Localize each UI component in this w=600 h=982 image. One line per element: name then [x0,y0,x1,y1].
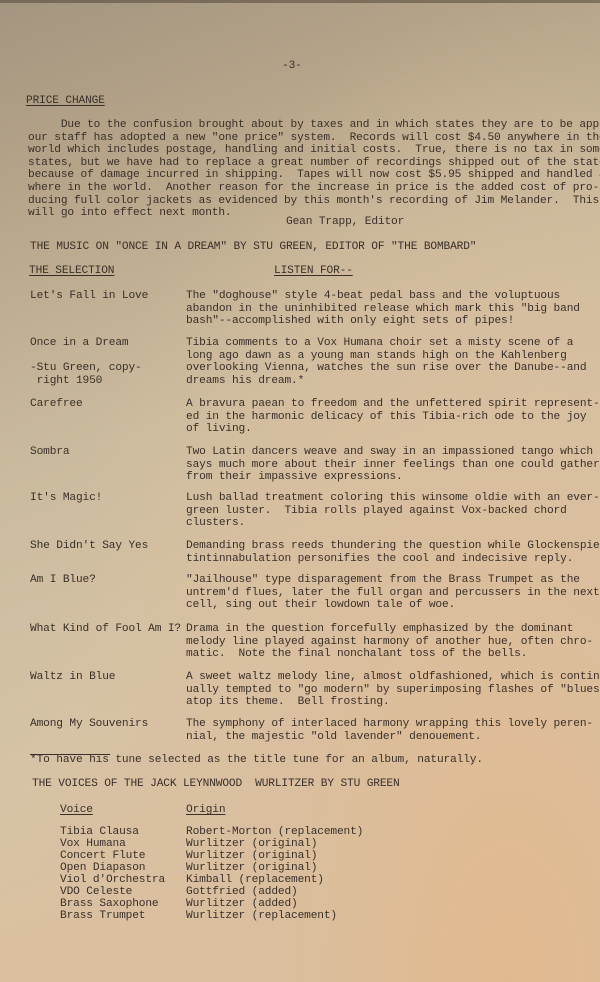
voice-origin: Wurlitzer (replacement) [186,910,363,922]
page-number: -3- [282,60,302,73]
selection-title: Am I Blue? [30,574,96,587]
voice-name: Brass Trumpet [60,910,165,922]
voice-origin: Wurlitzer (added) [186,898,363,910]
voices-section-heading: THE VOICES OF THE JACK LEYNNWOOD WURLITZ… [32,778,400,791]
description-line: A sweet waltz melody line, almost oldfas… [186,671,600,684]
description-line: abandon in the uninhibited release which… [186,303,580,316]
description-line: untrem'd flues, later the full organ and… [186,587,600,600]
selection-title: Sombra [30,446,69,459]
description-line: A bravura paean to freedom and the unfet… [186,398,600,411]
selection-title: Among My Souvenirs [30,718,148,731]
title-line: What Kind of Fool Am I? [30,623,181,636]
paragraph-line: Due to the confusion brought about by ta… [28,119,600,132]
description-line: clusters. [186,517,600,530]
description-line: bash"--accomplished with only eight sets… [186,315,580,328]
selection-description: The symphony of interlaced harmony wrapp… [186,718,593,743]
description-line: from their impassive expressions. [186,471,600,484]
voice-column: Tibia ClausaVox HumanaConcert FluteOpen … [60,826,165,922]
description-line: The "doghouse" style 4-beat pedal bass a… [186,290,580,303]
column-header-listen-for: LISTEN FOR-- [274,265,353,278]
description-line: Lush ballad treatment coloring this wins… [186,492,600,505]
description-line: Two Latin dancers weave and sway in an i… [186,446,600,459]
description-line: dreams his dream.* [186,375,586,388]
price-change-paragraph: Due to the confusion brought about by ta… [28,119,600,220]
title-line: -Stu Green, copy- [30,362,142,375]
selection-title: It's Magic! [30,492,102,505]
voice-name: Brass Saxophone [60,898,165,910]
voice-origin: Robert-Morton (replacement) [186,826,363,838]
description-line: Demanding brass reeds thundering the que… [186,540,600,553]
title-line: She Didn't Say Yes [30,540,148,553]
paragraph-line: world which includes postage, handling a… [28,144,600,157]
selection-description: "Jailhouse" type disparagement from the … [186,574,600,612]
selection-description: Drama in the question forcefully emphasi… [186,623,593,661]
paragraph-line: our staff has adopted a new "one price" … [28,132,600,145]
voice-origin: Wurlitzer (original) [186,850,363,862]
description-line: cell, sing out their lowdown tale of woe… [186,599,600,612]
voice-name: Vox Humana [60,838,165,850]
selection-description: Lush ballad treatment coloring this wins… [186,492,600,530]
music-section-heading: THE MUSIC ON "ONCE IN A DREAM" BY STU GR… [30,241,476,254]
description-line: ed in the harmonic delicacy of this Tibi… [186,411,600,424]
title-line: right 1950 [30,375,142,388]
selection-title: Carefree [30,398,83,411]
description-line: green luster. Tibia rolls played against… [186,505,600,518]
title-line: Am I Blue? [30,574,96,587]
description-line: tintinnabulation personifies the cool an… [186,553,600,566]
footnote: *To have his tune selected as the title … [30,754,483,767]
paragraph-line: states, but we have had to replace a gre… [28,157,600,170]
voice-name: Concert Flute [60,850,165,862]
selection-description: A sweet waltz melody line, almost oldfas… [186,671,600,709]
description-line: of living. [186,423,600,436]
description-line: atop its theme. Bell frosting. [186,696,600,709]
voice-name: Open Diapason [60,862,165,874]
column-header-voice: Voice [60,804,93,817]
description-line: "Jailhouse" type disparagement from the … [186,574,600,587]
page-top-edge [0,0,600,3]
selection-description: A bravura paean to freedom and the unfet… [186,398,600,436]
description-line: Drama in the question forcefully emphasi… [186,623,593,636]
voice-name: VDO Celeste [60,886,165,898]
title-line: It's Magic! [30,492,102,505]
selection-title: Once in a Dream-Stu Green, copy- right 1… [30,337,142,387]
selection-description: Two Latin dancers weave and sway in an i… [186,446,600,484]
description-line: melody line played against harmony of an… [186,636,593,649]
paragraph-line: where in the world. Another reason for t… [28,182,600,195]
title-line: Among My Souvenirs [30,718,148,731]
voice-name: Tibia Clausa [60,826,165,838]
price-change-heading: PRICE CHANGE [26,95,105,108]
selection-title: What Kind of Fool Am I? [30,623,181,636]
description-line: Tibia comments to a Vox Humana choir set… [186,337,586,350]
voice-origin: Gottfried (added) [186,886,363,898]
title-line [30,350,142,363]
title-line: Let's Fall in Love [30,290,148,303]
origin-column: Robert-Morton (replacement)Wurlitzer (or… [186,826,363,922]
title-line: Waltz in Blue [30,671,115,684]
voice-origin: Wurlitzer (original) [186,838,363,850]
selection-title: Waltz in Blue [30,671,115,684]
description-line: long ago dawn as a young man stands high… [186,350,586,363]
voice-origin: Wurlitzer (original) [186,862,363,874]
selection-description: The "doghouse" style 4-beat pedal bass a… [186,290,580,328]
paragraph-line: ducing full color jackets as evidenced b… [28,195,600,208]
voice-name: Viol d'Orchestra [60,874,165,886]
title-line: Carefree [30,398,83,411]
column-header-selection: THE SELECTION [29,265,114,278]
description-line: The symphony of interlaced harmony wrapp… [186,718,593,731]
selection-description: Demanding brass reeds thundering the que… [186,540,600,565]
column-header-origin: Origin [186,804,225,817]
selection-title: Let's Fall in Love [30,290,148,303]
selection-title: She Didn't Say Yes [30,540,148,553]
description-line: ually tempted to "go modern" by superimp… [186,684,600,697]
description-line: nial, the majestic "old lavender" denoue… [186,731,593,744]
description-line: says much more about their inner feeling… [186,459,600,472]
title-line: Once in a Dream [30,337,142,350]
editor-signature: Gean Trapp, Editor [286,216,404,229]
paragraph-line: because of damage incurred in shipping. … [28,169,600,182]
selection-description: Tibia comments to a Vox Humana choir set… [186,337,586,387]
voice-origin: Kimball (replacement) [186,874,363,886]
description-line: overlooking Vienna, watches the sun rise… [186,362,586,375]
description-line: matic. Note the final nonchalant toss of… [186,648,593,661]
title-line: Sombra [30,446,69,459]
